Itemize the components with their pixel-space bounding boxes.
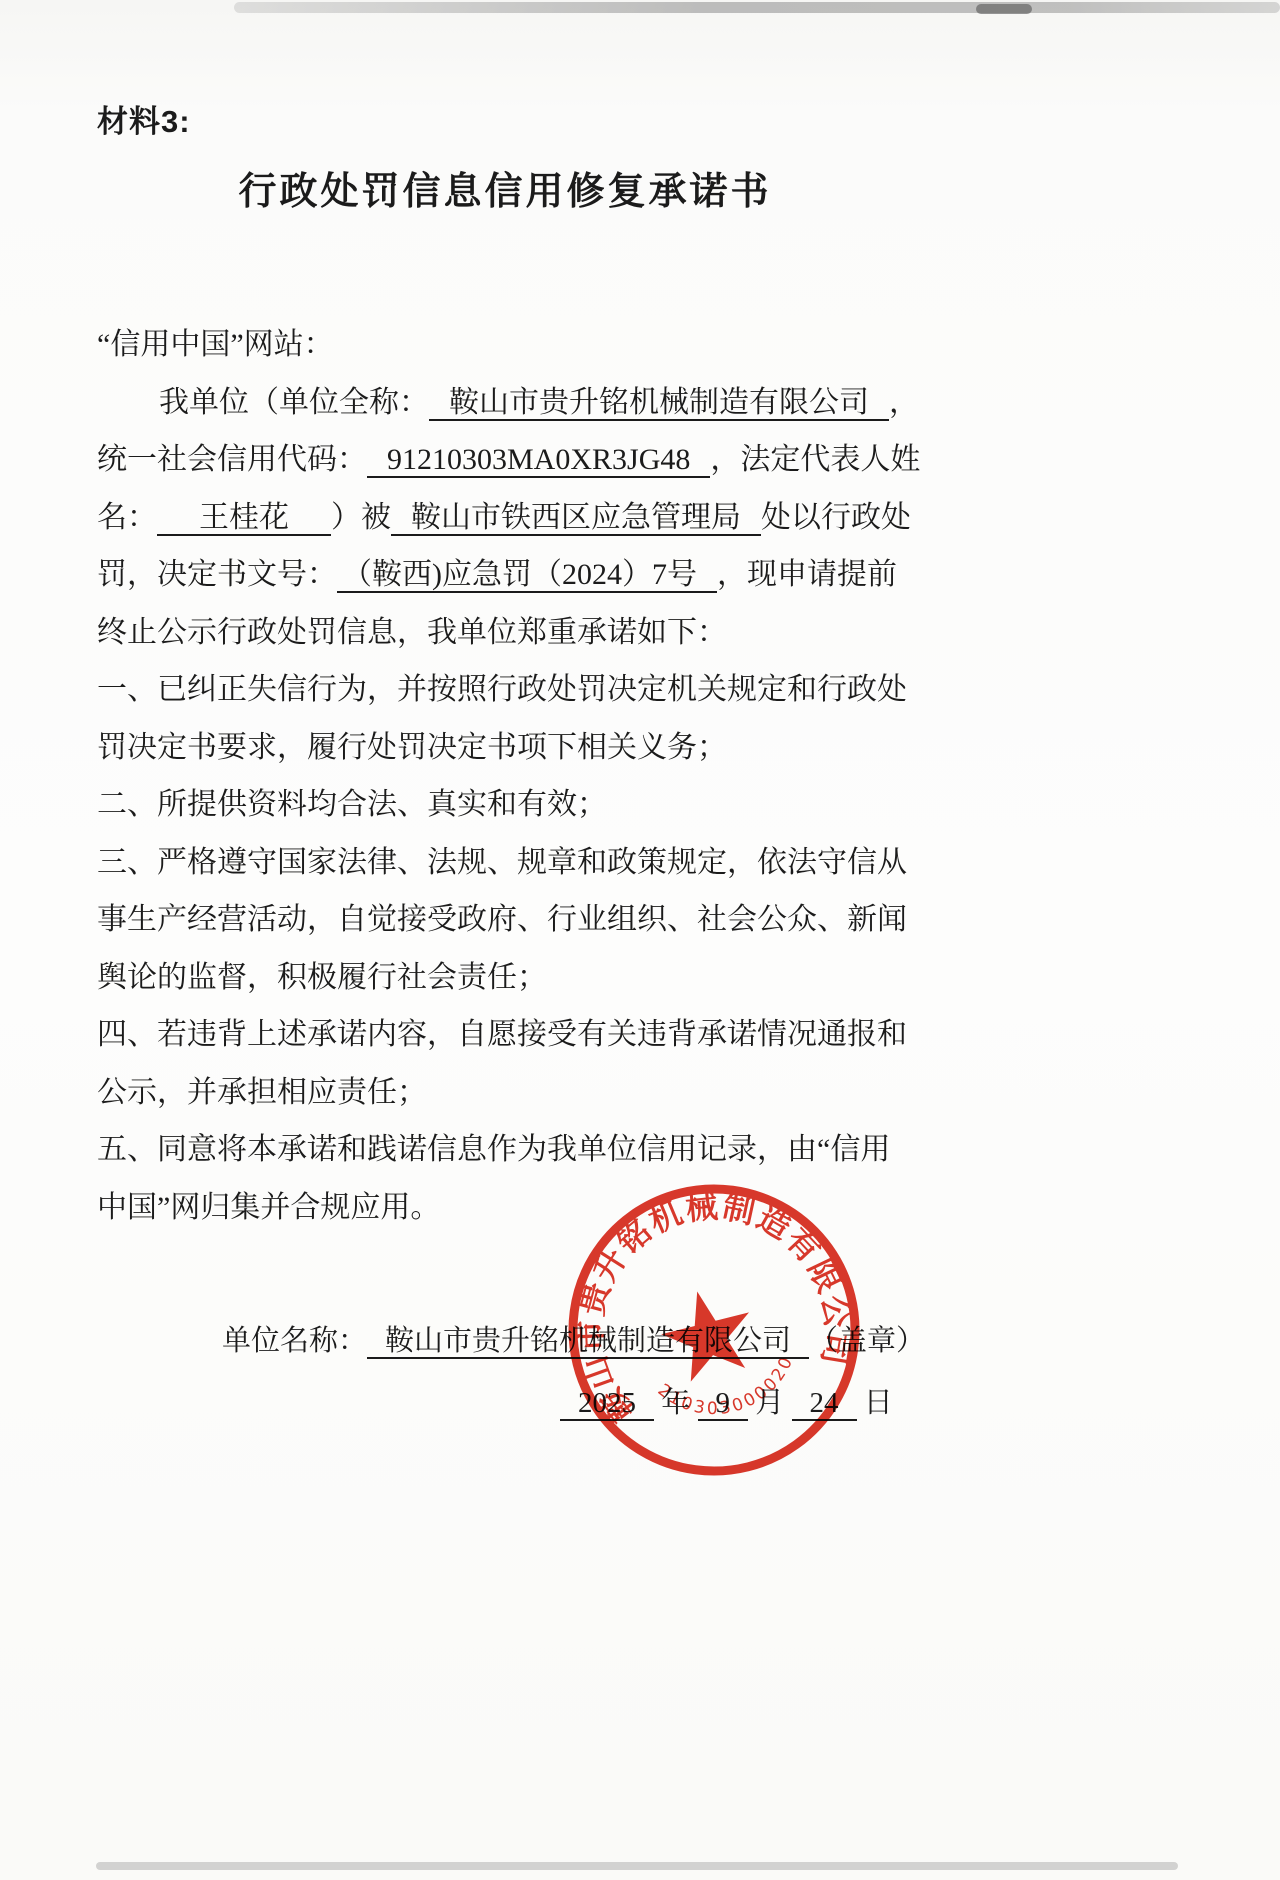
text-segment: ， xyxy=(889,386,919,419)
scan-artifact-bottom xyxy=(96,1862,1178,1870)
document-body: “信用中国”网站：我单位（单位全称：鞍山市贵升铭机械制造有限公司，统一社会信用代… xyxy=(97,316,929,1236)
text-segment: 舆论的监督，积极履行社会责任； xyxy=(97,961,547,994)
text-segment: 事生产经营活动，自觉接受政府、行业组织、社会公众、新闻 xyxy=(97,903,907,936)
text-segment: 五、同意将本承诺和践诺信息作为我单位信用记录，由“信用 xyxy=(97,1133,890,1166)
scan-artifact-top xyxy=(234,2,1280,13)
underlined-value: 鞍山市铁西区应急管理局 xyxy=(391,501,761,536)
date-day-suffix: 日 xyxy=(864,1387,893,1419)
document-line: 罚决定书要求，履行处罚决定书项下相关义务； xyxy=(97,719,929,777)
text-segment: 罚，决定书文号： xyxy=(97,558,337,591)
text-segment: 统一社会信用代码： xyxy=(97,443,367,476)
unit-name-label: 单位名称： xyxy=(222,1325,367,1357)
document-title: 行政处罚信息信用修复承诺书 xyxy=(90,160,920,215)
stamp-note: （盖章） xyxy=(809,1325,925,1357)
text-segment: 终止公示行政处罚信息，我单位郑重承诺如下： xyxy=(97,616,727,649)
document-line: 中国”网归集并合规应用。 xyxy=(97,1179,929,1237)
date-month-suffix: 月 xyxy=(755,1387,784,1419)
signature-name-line: 单位名称：鞍山市贵升铭机械制造有限公司（盖章） xyxy=(222,1318,982,1364)
document-line: 公示，并承担相应责任； xyxy=(97,1064,929,1122)
document-line: 我单位（单位全称：鞍山市贵升铭机械制造有限公司， xyxy=(97,374,929,432)
underlined-value: 91210303MA0XR3JG48 xyxy=(367,443,710,478)
text-segment: 我单位（单位全称： xyxy=(159,386,429,419)
text-segment: 公示，并承担相应责任； xyxy=(97,1076,427,1109)
document-line: 一、已纠正失信行为，并按照行政处罚决定机关规定和行政处 xyxy=(97,661,929,719)
text-segment: 四、若违背上述承诺内容，自愿接受有关违背承诺情况通报和 xyxy=(97,1018,907,1051)
text-segment: ，现申请提前 xyxy=(717,558,897,591)
document-line: 罚，决定书文号：（鞍西)应急罚（2024）7号，现申请提前 xyxy=(97,546,929,604)
underlined-value: 鞍山市贵升铭机械制造有限公司 xyxy=(429,386,889,421)
document-line: 三、严格遵守国家法律、法规、规章和政策规定，依法守信从 xyxy=(97,834,929,892)
signature-block: 单位名称：鞍山市贵升铭机械制造有限公司（盖章） 2025 年 9 月 24 日 xyxy=(222,1318,982,1426)
date-month-value: 9 xyxy=(698,1387,749,1421)
scanned-document-page: 材料3: 行政处罚信息信用修复承诺书 “信用中国”网站：我单位（单位全称：鞍山市… xyxy=(0,0,1280,1880)
date-year-value: 2025 xyxy=(560,1387,654,1421)
signature-date-line: 2025 年 9 月 24 日 xyxy=(560,1380,982,1426)
document-line: “信用中国”网站： xyxy=(97,316,929,374)
text-segment: ，法定代表人姓 xyxy=(710,443,920,476)
text-segment: 二、所提供资料均合法、真实和有效； xyxy=(97,788,607,821)
underlined-value: 王桂花 xyxy=(157,501,331,536)
document-line: 二、所提供资料均合法、真实和有效； xyxy=(97,776,929,834)
text-segment: 一、已纠正失信行为，并按照行政处罚决定机关规定和行政处 xyxy=(97,673,907,706)
material-label: 材料3: xyxy=(97,96,191,141)
date-day-value: 24 xyxy=(792,1387,857,1421)
text-segment: 名： xyxy=(97,501,157,534)
scan-artifact-top-dark xyxy=(976,4,1032,14)
document-line: 舆论的监督，积极履行社会责任； xyxy=(97,949,929,1007)
text-segment: “信用中国”网站： xyxy=(97,328,334,361)
document-line: 四、若违背上述承诺内容，自愿接受有关违背承诺情况通报和 xyxy=(97,1006,929,1064)
unit-name-value: 鞍山市贵升铭机械制造有限公司 xyxy=(367,1325,809,1359)
document-line: 五、同意将本承诺和践诺信息作为我单位信用记录，由“信用 xyxy=(97,1121,929,1179)
text-segment: ）被 xyxy=(331,501,391,534)
document-line: 终止公示行政处罚信息，我单位郑重承诺如下： xyxy=(97,604,929,662)
date-year-suffix: 年 xyxy=(661,1387,690,1419)
text-segment: 中国”网归集并合规应用。 xyxy=(97,1191,440,1224)
text-segment: 罚决定书要求，履行处罚决定书项下相关义务； xyxy=(97,731,727,764)
text-segment: 三、严格遵守国家法律、法规、规章和政策规定，依法守信从 xyxy=(97,846,907,879)
underlined-value: （鞍西)应急罚（2024）7号 xyxy=(337,558,717,593)
document-line: 事生产经营活动，自觉接受政府、行业组织、社会公众、新闻 xyxy=(97,891,929,949)
document-line: 统一社会信用代码：91210303MA0XR3JG48，法定代表人姓 xyxy=(97,431,929,489)
text-segment: 处以行政处 xyxy=(761,501,911,534)
document-line: 名：王桂花）被鞍山市铁西区应急管理局处以行政处 xyxy=(97,489,929,547)
